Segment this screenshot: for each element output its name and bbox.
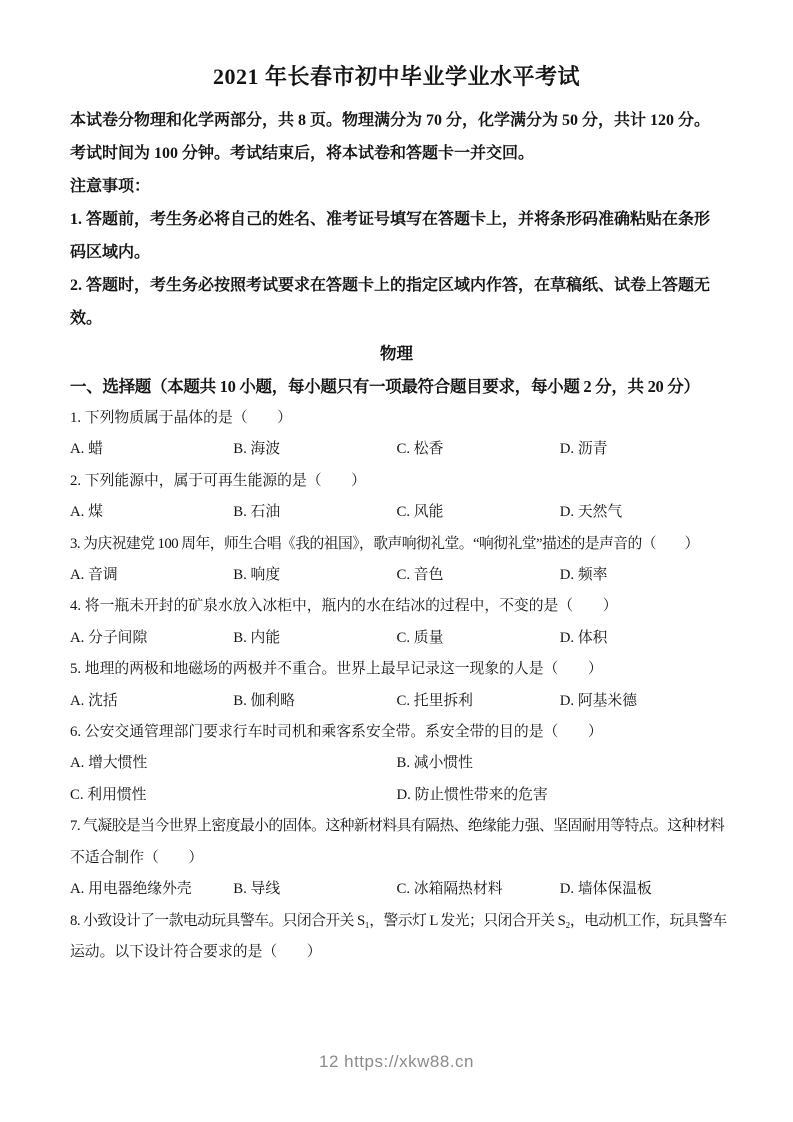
notice-1-line-2: 码区域内。 — [70, 236, 723, 269]
question-7: 7. 气凝胶是当今世界上密度最小的固体。这种新材料具有隔热、绝缘能力强、坚固耐用… — [70, 811, 723, 905]
option-a: A. 增大惯性 — [70, 748, 397, 779]
option-b: B. 导线 — [233, 874, 396, 905]
option-a: A. 煤 — [70, 497, 233, 528]
question-stem: 7. 气凝胶是当今世界上密度最小的固体。这种新材料具有隔热、绝缘能力强、坚固耐用… — [70, 811, 723, 842]
question-list: 1. 下列物质属于晶体的是（ ） A. 蜡 B. 海波 C. 松香 D. 沥青 … — [70, 403, 723, 968]
notice-1-line-1: 1. 答题前，考生务必将自己的姓名、准考证号填写在答题卡上，并将条形码准确粘贴在… — [70, 203, 723, 236]
page-content: 2021 年长春市初中毕业学业水平考试 本试卷分物理和化学两部分，共 8 页。物… — [70, 0, 723, 968]
option-c: C. 松香 — [397, 434, 560, 465]
notice-2-line-2: 效。 — [70, 302, 723, 335]
question-8: 8. 小致设计了一款电动玩具警车。只闭合开关 S₁，警示灯 L 发光；只闭合开关… — [70, 906, 723, 969]
option-b: B. 石油 — [233, 497, 396, 528]
question-3: 3. 为庆祝建党 100 周年，师生合唱《我的祖国》，歌声响彻礼堂。“响彻礼堂”… — [70, 529, 723, 592]
question-options: A. 分子间隙 B. 内能 C. 质量 D. 体积 — [70, 623, 723, 654]
question-2: 2. 下列能源中，属于可再生能源的是（ ） A. 煤 B. 石油 C. 风能 D… — [70, 466, 723, 529]
question-stem: 1. 下列物质属于晶体的是（ ） — [70, 403, 723, 434]
question-options: A. 蜡 B. 海波 C. 松香 D. 沥青 — [70, 434, 723, 465]
question-4: 4. 将一瓶未开封的矿泉水放入冰柜中，瓶内的水在结冰的过程中，不变的是（ ） A… — [70, 591, 723, 654]
option-d: D. 沥青 — [560, 434, 723, 465]
option-d: D. 阿基米德 — [560, 686, 723, 717]
option-c: C. 利用惯性 — [70, 780, 397, 811]
question-options: A. 增大惯性 B. 减小惯性 C. 利用惯性 D. 防止惯性带来的危害 — [70, 748, 723, 811]
option-c: C. 托里拆利 — [397, 686, 560, 717]
option-b: B. 响度 — [233, 560, 396, 591]
option-c: C. 质量 — [397, 623, 560, 654]
intro-line-1: 本试卷分物理和化学两部分，共 8 页。物理满分为 70 分，化学满分为 50 分… — [70, 104, 723, 137]
option-b: B. 伽利略 — [233, 686, 396, 717]
subject-heading: 物理 — [70, 339, 723, 369]
question-1: 1. 下列物质属于晶体的是（ ） A. 蜡 B. 海波 C. 松香 D. 沥青 — [70, 403, 723, 466]
option-b: B. 减小惯性 — [397, 748, 724, 779]
question-stem: 2. 下列能源中，属于可再生能源的是（ ） — [70, 466, 723, 497]
question-stem: 6. 公安交通管理部门要求行车时司机和乘客系安全带。系安全带的目的是（ ） — [70, 717, 723, 748]
question-options: A. 煤 B. 石油 C. 风能 D. 天然气 — [70, 497, 723, 528]
option-c: C. 音色 — [397, 560, 560, 591]
option-a: A. 沈括 — [70, 686, 233, 717]
question-6: 6. 公安交通管理部门要求行车时司机和乘客系安全带。系安全带的目的是（ ） A.… — [70, 717, 723, 811]
footer-page-info: 12 https://xkw88.cn — [0, 1052, 793, 1072]
option-a: A. 音调 — [70, 560, 233, 591]
question-options: A. 沈括 B. 伽利略 C. 托里拆利 D. 阿基米德 — [70, 686, 723, 717]
intro-line-2: 考试时间为 100 分钟。考试结束后，将本试卷和答题卡一并交回。 — [70, 137, 723, 170]
question-stem: 4. 将一瓶未开封的矿泉水放入冰柜中，瓶内的水在结冰的过程中，不变的是（ ） — [70, 591, 723, 622]
question-stem: 3. 为庆祝建党 100 周年，师生合唱《我的祖国》，歌声响彻礼堂。“响彻礼堂”… — [70, 529, 723, 560]
option-b: B. 内能 — [233, 623, 396, 654]
question-stem: 8. 小致设计了一款电动玩具警车。只闭合开关 S₁，警示灯 L 发光；只闭合开关… — [70, 906, 723, 937]
section-heading: 一、选择题（本题共 10 小题，每小题只有一项最符合题目要求，每小题 2 分，共… — [70, 371, 723, 403]
question-options: A. 音调 B. 响度 C. 音色 D. 频率 — [70, 560, 723, 591]
question-stem-continued: 运动。以下设计符合要求的是（ ） — [70, 937, 723, 968]
option-d: D. 天然气 — [560, 497, 723, 528]
notice-heading: 注意事项： — [70, 170, 723, 203]
option-c: C. 冰箱隔热材料 — [397, 874, 560, 905]
question-stem: 5. 地理的两极和地磁场的两极并不重合。世界上最早记录这一现象的人是（ ） — [70, 654, 723, 685]
option-a: A. 用电器绝缘外壳 — [70, 874, 233, 905]
exam-title: 2021 年长春市初中毕业学业水平考试 — [70, 60, 723, 91]
exam-paper-page: 2021 年长春市初中毕业学业水平考试 本试卷分物理和化学两部分，共 8 页。物… — [0, 0, 793, 1122]
option-d: D. 墙体保温板 — [560, 874, 723, 905]
option-a: A. 分子间隙 — [70, 623, 233, 654]
option-b: B. 海波 — [233, 434, 396, 465]
exam-preamble: 本试卷分物理和化学两部分，共 8 页。物理满分为 70 分，化学满分为 50 分… — [70, 104, 723, 335]
question-5: 5. 地理的两极和地磁场的两极并不重合。世界上最早记录这一现象的人是（ ） A.… — [70, 654, 723, 717]
notice-2-line-1: 2. 答题时，考生务必按照考试要求在答题卡上的指定区域内作答，在草稿纸、试卷上答… — [70, 269, 723, 302]
option-a: A. 蜡 — [70, 434, 233, 465]
option-d: D. 频率 — [560, 560, 723, 591]
option-d: D. 防止惯性带来的危害 — [397, 780, 724, 811]
option-c: C. 风能 — [397, 497, 560, 528]
option-d: D. 体积 — [560, 623, 723, 654]
question-options: A. 用电器绝缘外壳 B. 导线 C. 冰箱隔热材料 D. 墙体保温板 — [70, 874, 723, 905]
question-stem-continued: 不适合制作（ ） — [70, 843, 723, 874]
